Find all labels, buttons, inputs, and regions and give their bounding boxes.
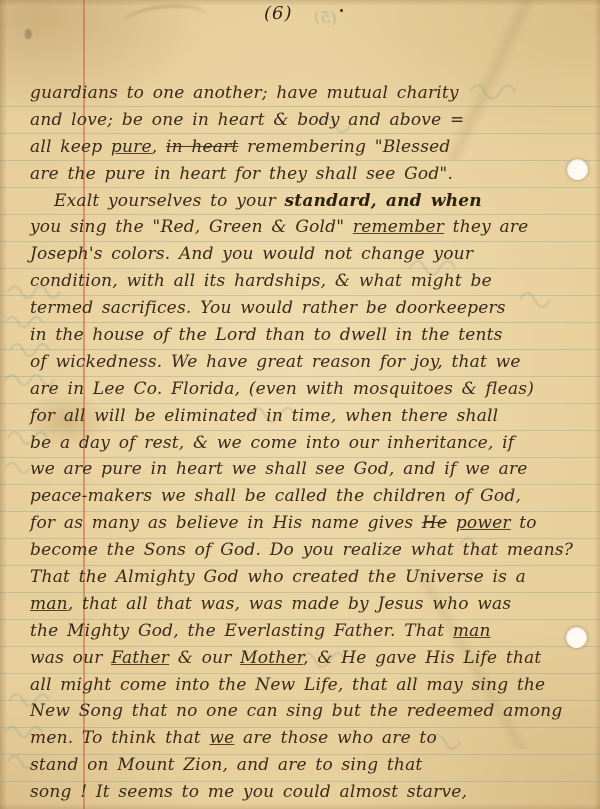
text-segment — [447, 513, 456, 533]
underlined-text: Mother — [240, 648, 303, 668]
handwritten-line-21: the Mighty God, the Everlasting Father. … — [30, 618, 590, 645]
ink-dot — [340, 9, 343, 12]
underlined-text: man — [30, 594, 68, 614]
underlined-text: we — [209, 728, 234, 748]
underlined-text: remember — [353, 217, 444, 237]
handwritten-line-27: song ! It seems to me you could almost s… — [30, 779, 590, 806]
handwritten-line-20: man, that all that was, was made by Jesu… — [30, 591, 590, 618]
punch-hole-top — [567, 159, 588, 180]
text-segment: termed sacrifices. You would rather be d… — [30, 298, 506, 318]
text-segment: the Mighty God, the Everlasting Father. … — [30, 621, 453, 641]
text-segment: song ! It seems to me you could almost s… — [30, 782, 467, 802]
letter-page: (6) (5) guardians to one another; have m… — [0, 0, 600, 809]
text-segment: to — [511, 513, 537, 533]
handwritten-line-1: guardians to one another; have mutual ch… — [30, 80, 590, 107]
text-segment: are those who are to — [234, 728, 436, 748]
handwritten-line-23: all might come into the New Life, that a… — [30, 672, 590, 699]
text-segment: be a day of rest, & we come into our inh… — [30, 433, 514, 453]
text-segment: standard, and when — [285, 191, 482, 211]
text-segment: they are — [444, 217, 528, 237]
handwritten-line-9: termed sacrifices. You would rather be d… — [30, 295, 590, 322]
ink-speck — [25, 29, 32, 39]
handwritten-line-2: and love; be one in heart & body and abo… — [30, 107, 590, 134]
page-number: (6) — [264, 3, 293, 24]
text-segment: all might come into the New Life, that a… — [30, 675, 545, 695]
underlined-text: power — [456, 513, 511, 533]
handwritten-line-3: all keep pure, in heart remembering "Ble… — [30, 134, 590, 161]
handwritten-line-26: stand on Mount Zion, and are to sing tha… — [30, 752, 590, 779]
handwritten-line-10: in the house of the Lord than to dwell i… — [30, 322, 590, 349]
text-segment: for all will be eliminated in time, when… — [30, 406, 498, 426]
text-segment: , & He gave His Life that — [303, 648, 541, 668]
handwritten-line-7: Joseph's colors. And you would not chang… — [30, 241, 590, 268]
text-segment: Joseph's colors. And you would not chang… — [30, 244, 473, 264]
text-segment: , — [152, 137, 166, 157]
handwritten-line-15: we are pure in heart we shall see God, a… — [30, 456, 590, 483]
handwritten-line-4: are the pure in heart for they shall see… — [30, 161, 590, 188]
handwritten-line-12: are in Lee Co. Florida, (even with mosqu… — [30, 376, 590, 403]
handwritten-line-17: for as many as believe in His name gives… — [30, 510, 590, 537]
text-segment: are the pure in heart for they shall see… — [30, 164, 453, 184]
text-segment: are in Lee Co. Florida, (even with mosqu… — [30, 379, 534, 399]
text-segment: become the Sons of God. Do you realize w… — [30, 540, 573, 560]
text-segment: we are pure in heart we shall see God, a… — [30, 459, 528, 479]
handwritten-line-14: be a day of rest, & we come into our inh… — [30, 430, 590, 457]
struck-text: in heart — [166, 137, 239, 157]
handwritten-line-5: Exalt yourselves to your standard, and w… — [30, 188, 590, 215]
pencil-smudge — [121, 1, 212, 42]
text-segment: men. To think that — [30, 728, 209, 748]
handwritten-line-24: New Song that no one can sing but the re… — [30, 698, 590, 725]
handwritten-line-22: was our Father & our Mother, & He gave H… — [30, 645, 590, 672]
text-segment: and love; be one in heart & body and abo… — [30, 110, 464, 130]
text-segment: stand on Mount Zion, and are to sing tha… — [30, 755, 422, 775]
text-segment: peace-makers we shall be called the chil… — [30, 486, 521, 506]
text-segment: That the Almighty God who created the Un… — [30, 567, 526, 587]
text-segment: guardians to one another; have mutual ch… — [30, 83, 459, 103]
ghost-page-number: (5) — [314, 8, 337, 27]
text-segment: was our — [30, 648, 111, 668]
letter-body: guardians to one another; have mutual ch… — [30, 80, 590, 806]
underlined-text: pure — [111, 137, 152, 157]
handwritten-line-11: of wickedness. We have great reason for … — [30, 349, 590, 376]
text-segment: New Song that no one can sing but the re… — [30, 701, 563, 721]
handwritten-line-6: you sing the "Red, Green & Gold" remembe… — [30, 214, 590, 241]
underlined-text: man — [453, 621, 491, 641]
text-segment: & our — [169, 648, 240, 668]
handwritten-line-19: That the Almighty God who created the Un… — [30, 564, 590, 591]
text-segment: remembering "Blessed — [238, 137, 450, 157]
text-segment: you sing the "Red, Green & Gold" — [30, 217, 353, 237]
text-segment: of wickedness. We have great reason for … — [30, 352, 521, 372]
text-segment: Exalt yourselves to your — [54, 191, 285, 211]
handwritten-line-25: men. To think that we are those who are … — [30, 725, 590, 752]
text-segment: all keep — [30, 137, 111, 157]
text-segment: in the house of the Lord than to dwell i… — [30, 325, 503, 345]
handwritten-line-8: condition, with all its hardships, & wha… — [30, 268, 590, 295]
struck-text: He — [422, 513, 447, 533]
punch-hole-bottom — [566, 627, 587, 648]
handwritten-line-18: become the Sons of God. Do you realize w… — [30, 537, 590, 564]
underlined-text: Father — [111, 648, 169, 668]
handwritten-line-13: for all will be eliminated in time, when… — [30, 403, 590, 430]
text-segment: for as many as believe in His name gives — [30, 513, 422, 533]
handwritten-line-16: peace-makers we shall be called the chil… — [30, 483, 590, 510]
text-segment: , that all that was, was made by Jesus w… — [68, 594, 511, 614]
text-segment: condition, with all its hardships, & wha… — [30, 271, 492, 291]
